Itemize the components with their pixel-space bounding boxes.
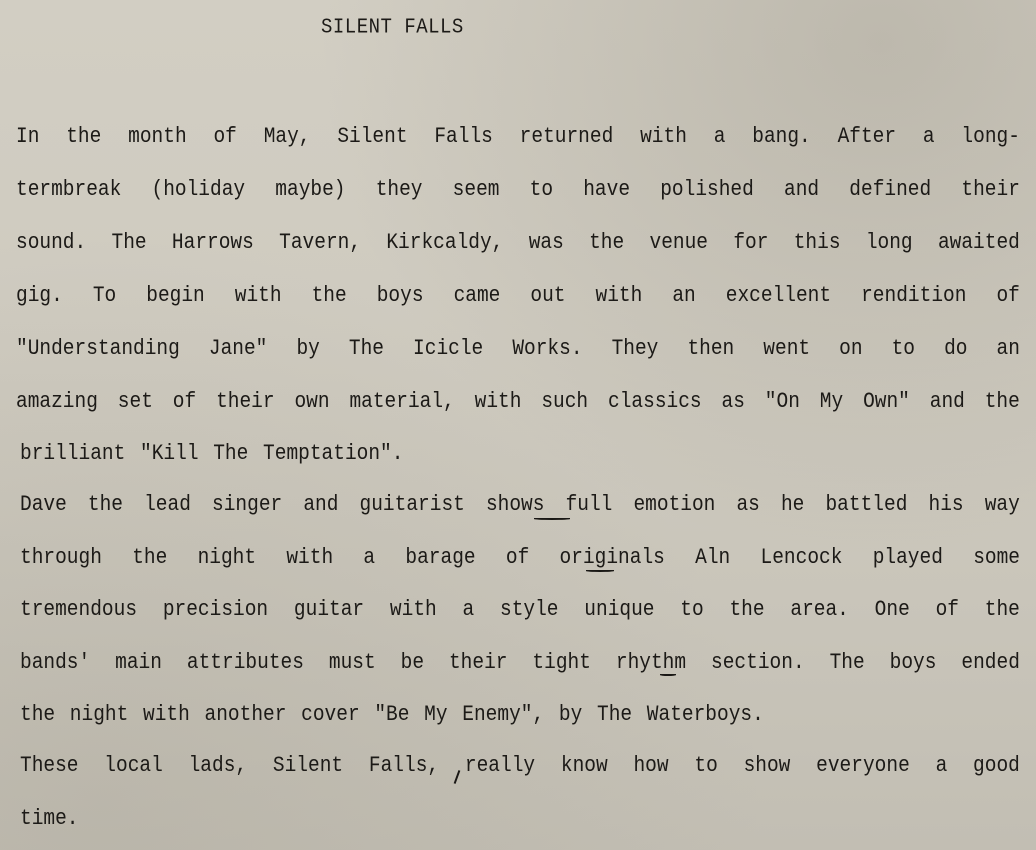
word: with [390, 597, 437, 622]
correction-underline-originals [586, 570, 614, 572]
word: Lencock [761, 545, 843, 570]
word: way [985, 492, 1020, 517]
word: the [132, 545, 167, 570]
word: excellent [726, 283, 831, 308]
text-line: brilliant "Kill The Temptation". [20, 441, 1036, 466]
word: have [583, 177, 630, 202]
word: some [973, 545, 1020, 570]
word: The [349, 336, 384, 361]
word: do [944, 336, 967, 361]
word: guitar [294, 597, 364, 622]
text-line: termbreak(holidaymaybe)theyseemtohavepol… [16, 177, 1020, 202]
word: boys [890, 650, 937, 675]
word: "On [765, 389, 800, 414]
word: the [312, 283, 347, 308]
word: My [820, 389, 843, 414]
word: Own" [863, 389, 910, 414]
word: with [286, 545, 333, 570]
page-title: SILENT FALLS [321, 15, 464, 39]
word: bands' [20, 650, 90, 675]
word: show [744, 753, 791, 778]
word: shows [486, 492, 545, 517]
word: Silent [273, 753, 343, 778]
word: they [376, 177, 423, 202]
word: polished [660, 177, 754, 202]
text-line: gig.Tobeginwiththeboyscameoutwithanexcel… [16, 283, 1020, 308]
word: good [973, 753, 1020, 778]
word: his [929, 492, 964, 517]
word: These [20, 753, 79, 778]
word: of [173, 389, 196, 414]
text-line: Theselocallads,SilentFalls,reallyknowhow… [20, 753, 1020, 778]
word: In [16, 124, 39, 149]
word: played [873, 545, 943, 570]
word: must [329, 650, 376, 675]
word: One [875, 597, 910, 622]
word: long [866, 230, 913, 255]
word: seem [453, 177, 500, 202]
word: then [687, 336, 734, 361]
word: Dave [20, 492, 67, 517]
word: style [500, 597, 559, 622]
word: returned [520, 124, 614, 149]
word: singer [212, 492, 282, 517]
word: for [733, 230, 768, 255]
word: their [216, 389, 275, 414]
word: After [838, 124, 897, 149]
word: The [112, 230, 147, 255]
text-line: bands'mainattributesmustbetheirtightrhyt… [20, 650, 1020, 675]
text-line: tremendousprecisionguitarwithastyleuniqu… [20, 597, 1020, 622]
word: bang. [752, 124, 811, 149]
text-line: Davetheleadsingerandguitaristshowsfullem… [20, 492, 1020, 517]
word: know [561, 753, 608, 778]
typed-page: SILENT FALLS InthemonthofMay,SilentFalls… [0, 0, 1036, 850]
word: through [20, 545, 102, 570]
word: to [694, 753, 717, 778]
word: to [530, 177, 553, 202]
word: as [736, 492, 759, 517]
word: local [104, 753, 163, 778]
word: guitarist [360, 492, 465, 517]
word: lads, [189, 753, 248, 778]
text-line: amazingsetoftheirownmaterial,withsuchcla… [16, 389, 1020, 414]
word: gig. [16, 283, 63, 308]
word: rhythm [616, 650, 686, 675]
word: battled [825, 492, 907, 517]
word: sound. [16, 230, 86, 255]
word: own [294, 389, 329, 414]
word: a [936, 753, 948, 778]
word: attributes [187, 650, 304, 675]
text-line: InthemonthofMay,SilentFallsreturnedwitha… [16, 124, 1020, 149]
word: emotion [633, 492, 715, 517]
word: amazing [16, 389, 98, 414]
word: by [296, 336, 319, 361]
word: the [66, 124, 101, 149]
word: Icicle [413, 336, 483, 361]
word: awaited [938, 230, 1020, 255]
word: night [198, 545, 257, 570]
word: a [363, 545, 375, 570]
word: to [892, 336, 915, 361]
word: with [596, 283, 643, 308]
word: this [794, 230, 841, 255]
word: and [784, 177, 819, 202]
word: as [722, 389, 745, 414]
text-line: the night with another cover "Be My Enem… [20, 702, 1036, 727]
word: month [128, 124, 187, 149]
word: boys [377, 283, 424, 308]
word: such [541, 389, 588, 414]
word: begin [146, 283, 205, 308]
word: ended [961, 650, 1020, 675]
word: section. [711, 650, 805, 675]
word: rendition [861, 283, 966, 308]
word: of [506, 545, 529, 570]
word: They [612, 336, 659, 361]
text-line: sound.TheHarrowsTavern,Kirkcaldy,wasthev… [16, 230, 1020, 255]
word: barage [405, 545, 475, 570]
word: material, [349, 389, 454, 414]
word: main [115, 650, 162, 675]
word: long- [961, 124, 1020, 149]
word: tremendous [20, 597, 137, 622]
word: a [923, 124, 935, 149]
word: with [475, 389, 522, 414]
word: classics [608, 389, 702, 414]
correction-underline-rhythm [660, 674, 676, 676]
word: and [303, 492, 338, 517]
word: the [88, 492, 123, 517]
word: their [961, 177, 1020, 202]
word: May, [264, 124, 311, 149]
word: defined [849, 177, 931, 202]
word: precision [163, 597, 268, 622]
word: Aln [695, 545, 730, 570]
word: went [763, 336, 810, 361]
word: came [454, 283, 501, 308]
word: of [213, 124, 236, 149]
word: everyone [816, 753, 910, 778]
word: termbreak [16, 177, 121, 202]
text-line: time. [20, 806, 1036, 831]
word: was [529, 230, 564, 255]
word: Jane" [209, 336, 268, 361]
text-line: "UnderstandingJane"byTheIcicleWorks.They… [16, 336, 1020, 361]
word: a [463, 597, 475, 622]
word: the [729, 597, 764, 622]
word: Falls, [369, 753, 439, 778]
word: venue [650, 230, 709, 255]
word: an [997, 336, 1020, 361]
word: the [589, 230, 624, 255]
word: To [93, 283, 116, 308]
word: the [985, 389, 1020, 414]
word: with [235, 283, 282, 308]
word: (holiday [152, 177, 246, 202]
word: "Understanding [16, 336, 180, 361]
text-line: throughthenightwithabarageoforiginalsAln… [20, 545, 1020, 570]
word: The [830, 650, 865, 675]
word: be [401, 650, 424, 675]
word: tight [532, 650, 591, 675]
word: on [839, 336, 862, 361]
word: the [985, 597, 1020, 622]
word: an [672, 283, 695, 308]
word: area. [790, 597, 849, 622]
word: originals [560, 545, 665, 570]
word: unique [584, 597, 654, 622]
word: Falls [434, 124, 493, 149]
word: Tavern, [279, 230, 361, 255]
word: Works. [512, 336, 582, 361]
word: maybe) [275, 177, 345, 202]
correction-underline-shows [534, 518, 570, 520]
word: to [680, 597, 703, 622]
word: he [781, 492, 804, 517]
word: their [449, 650, 508, 675]
word: with [640, 124, 687, 149]
word: how [633, 753, 668, 778]
word: really [465, 753, 535, 778]
word: a [714, 124, 726, 149]
word: out [530, 283, 565, 308]
word: of [996, 283, 1019, 308]
word: set [118, 389, 153, 414]
word: full [566, 492, 613, 517]
word: lead [144, 492, 191, 517]
word: of [936, 597, 959, 622]
word: Harrows [172, 230, 254, 255]
word: Silent [337, 124, 407, 149]
word: Kirkcaldy, [386, 230, 503, 255]
word: and [930, 389, 965, 414]
